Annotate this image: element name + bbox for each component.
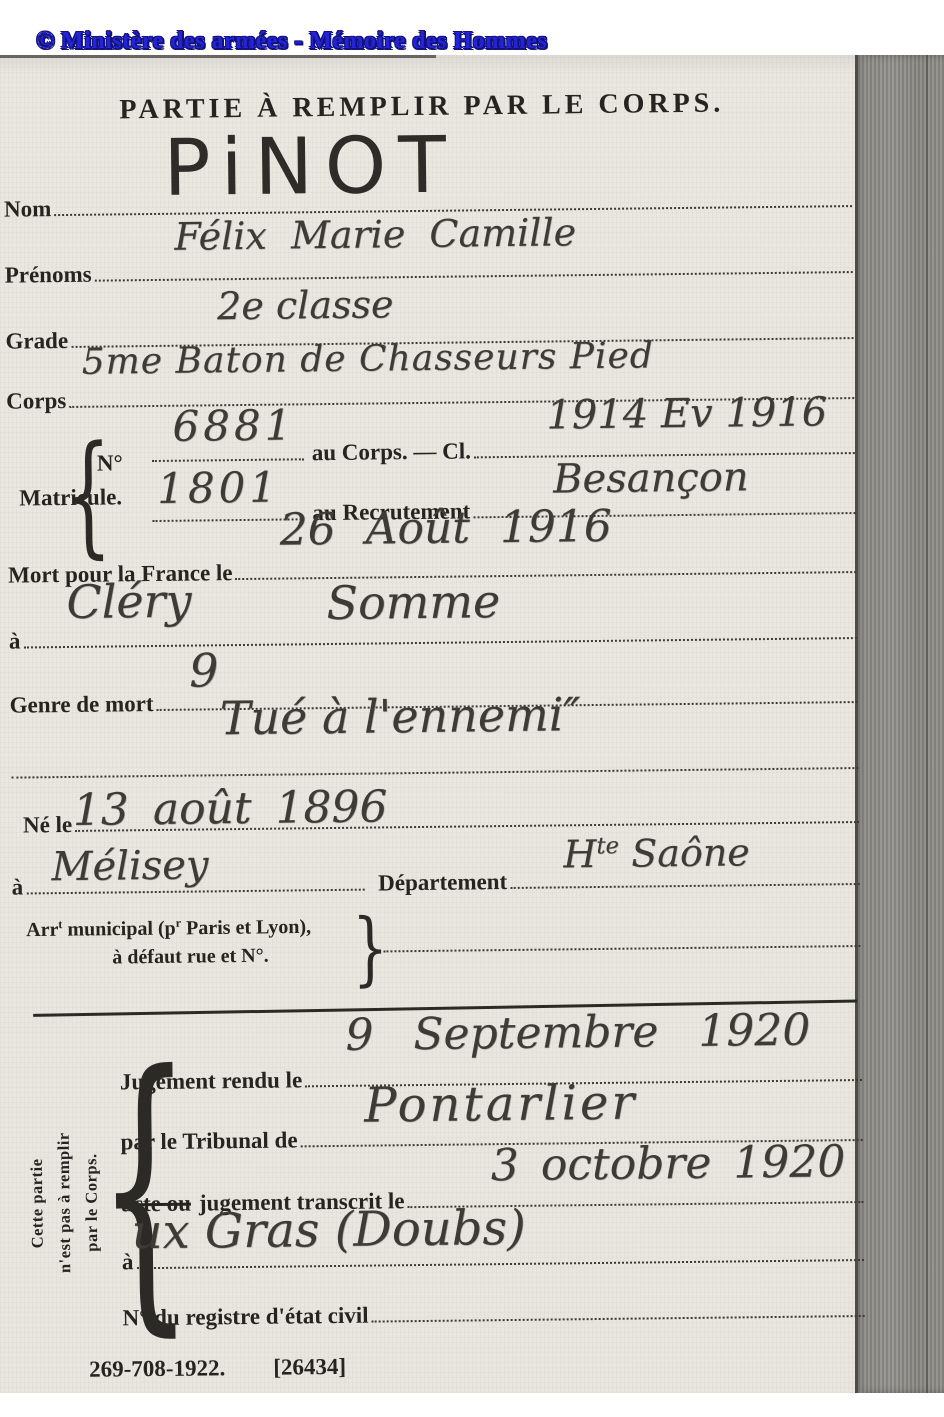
departement-superscript: te [596, 833, 619, 859]
naissance-departement-handwritten: Hte Saône [563, 833, 750, 873]
dotted-leader [510, 883, 859, 889]
side-note-line2: n'est pas à remplir [49, 1073, 79, 1333]
mort-departement-handwritten: Somme [326, 578, 500, 626]
nom-label: Nom [4, 196, 52, 222]
ne-le-label: Né le [23, 812, 72, 838]
scanned-form: PARTIE À REMPLIR PAR LE CORPS. PiNOT Nom… [0, 55, 944, 1393]
mort-lieu-label: à [9, 628, 21, 653]
tribunal-handwritten: Pontarlier [364, 1079, 638, 1130]
corps-label: Corps [6, 388, 66, 414]
name-banner-handwritten: PiNOT [163, 121, 458, 214]
au-corps-label: au Corps. — Cl. [312, 438, 471, 465]
transcription-lieu-handwritten: ux Gras (Doubs) [131, 1204, 526, 1256]
dotted-leader [95, 271, 853, 282]
classe-handwritten: 1914 Ev 1916 [546, 392, 827, 435]
grade-label: Grade [5, 328, 68, 354]
prenoms-label: Prénoms [5, 261, 92, 287]
side-note-line1: Cette partie [22, 1073, 52, 1333]
mort-date-handwritten: 26 Août 1916 [279, 505, 612, 553]
side-note: Cette partie n'est pas à remplir par le … [22, 1073, 107, 1334]
dotted-leader [372, 1315, 865, 1323]
naissance-date-handwritten: 13 août 1896 [73, 785, 388, 833]
genre-de-mort-handwritten: Tué à l'ennemi″ [220, 691, 581, 741]
arrondissement-label-line2: à défaut rue et N°. [26, 943, 354, 970]
arrondissement-line [380, 918, 860, 957]
corps-handwritten: 5me Baton de Chasseurs Pied [82, 338, 654, 380]
arrondissement-brace: } [352, 905, 389, 991]
arr-p1: Arr [26, 919, 58, 941]
naissance-lieu-label: à [12, 874, 24, 899]
departement-initial: H [563, 832, 597, 876]
naissance-commune-handwritten: Mélisey [51, 845, 208, 887]
reference-number: [26434] [273, 1354, 346, 1381]
prenoms-handwritten: Félix Marie Camille [174, 213, 576, 256]
dotted-leader [383, 945, 860, 952]
arrondissement-label-block: Arrt municipal (pr Paris et Lyon), à déf… [26, 914, 355, 970]
mort-commune-handwritten: Cléry [66, 578, 192, 625]
field-registre: N° du registre d'état civil [122, 1288, 864, 1330]
judgment-brace: { [96, 1046, 195, 1329]
grade-handwritten: 2e classe [217, 285, 394, 325]
dotted-leader [11, 767, 858, 779]
jugement-rendu-handwritten: 9 Septembre 1920 [345, 1009, 810, 1058]
arr-p3: Paris et Lyon), [181, 916, 311, 939]
departement-label: Département [378, 869, 507, 896]
arrondissement-label-line1: Arrt municipal (pr Paris et Lyon), [26, 914, 354, 942]
departement-rest: Saône [619, 830, 750, 875]
arr-p2: municipal (p [62, 917, 176, 940]
matricule-brace: { [64, 424, 112, 565]
genre-de-mort-label: Genre de mort [9, 691, 153, 718]
matricule-recrutement-number-handwritten: 1801 [157, 467, 280, 510]
copyright-watermark: © Ministère des armées - Mémoire des Hom… [36, 28, 547, 55]
dotted-leader [137, 1259, 864, 1269]
form-content: PARTIE À REMPLIR PAR LE CORPS. PiNOT Nom… [0, 49, 944, 1398]
matricule-corps-number-handwritten: 6881 [172, 404, 295, 447]
document-viewer: © Ministère des armées - Mémoire des Hom… [0, 0, 944, 1417]
dotted-leader [23, 637, 856, 648]
recrutement-handwritten: Besançon [553, 457, 749, 499]
transcription-date-handwritten: 3 octobre 1920 [491, 1140, 846, 1188]
dotted-leader [152, 458, 304, 462]
genre-de-mort-mark-handwritten: 9 [189, 647, 219, 693]
genre-de-mort-line2 [8, 740, 858, 784]
